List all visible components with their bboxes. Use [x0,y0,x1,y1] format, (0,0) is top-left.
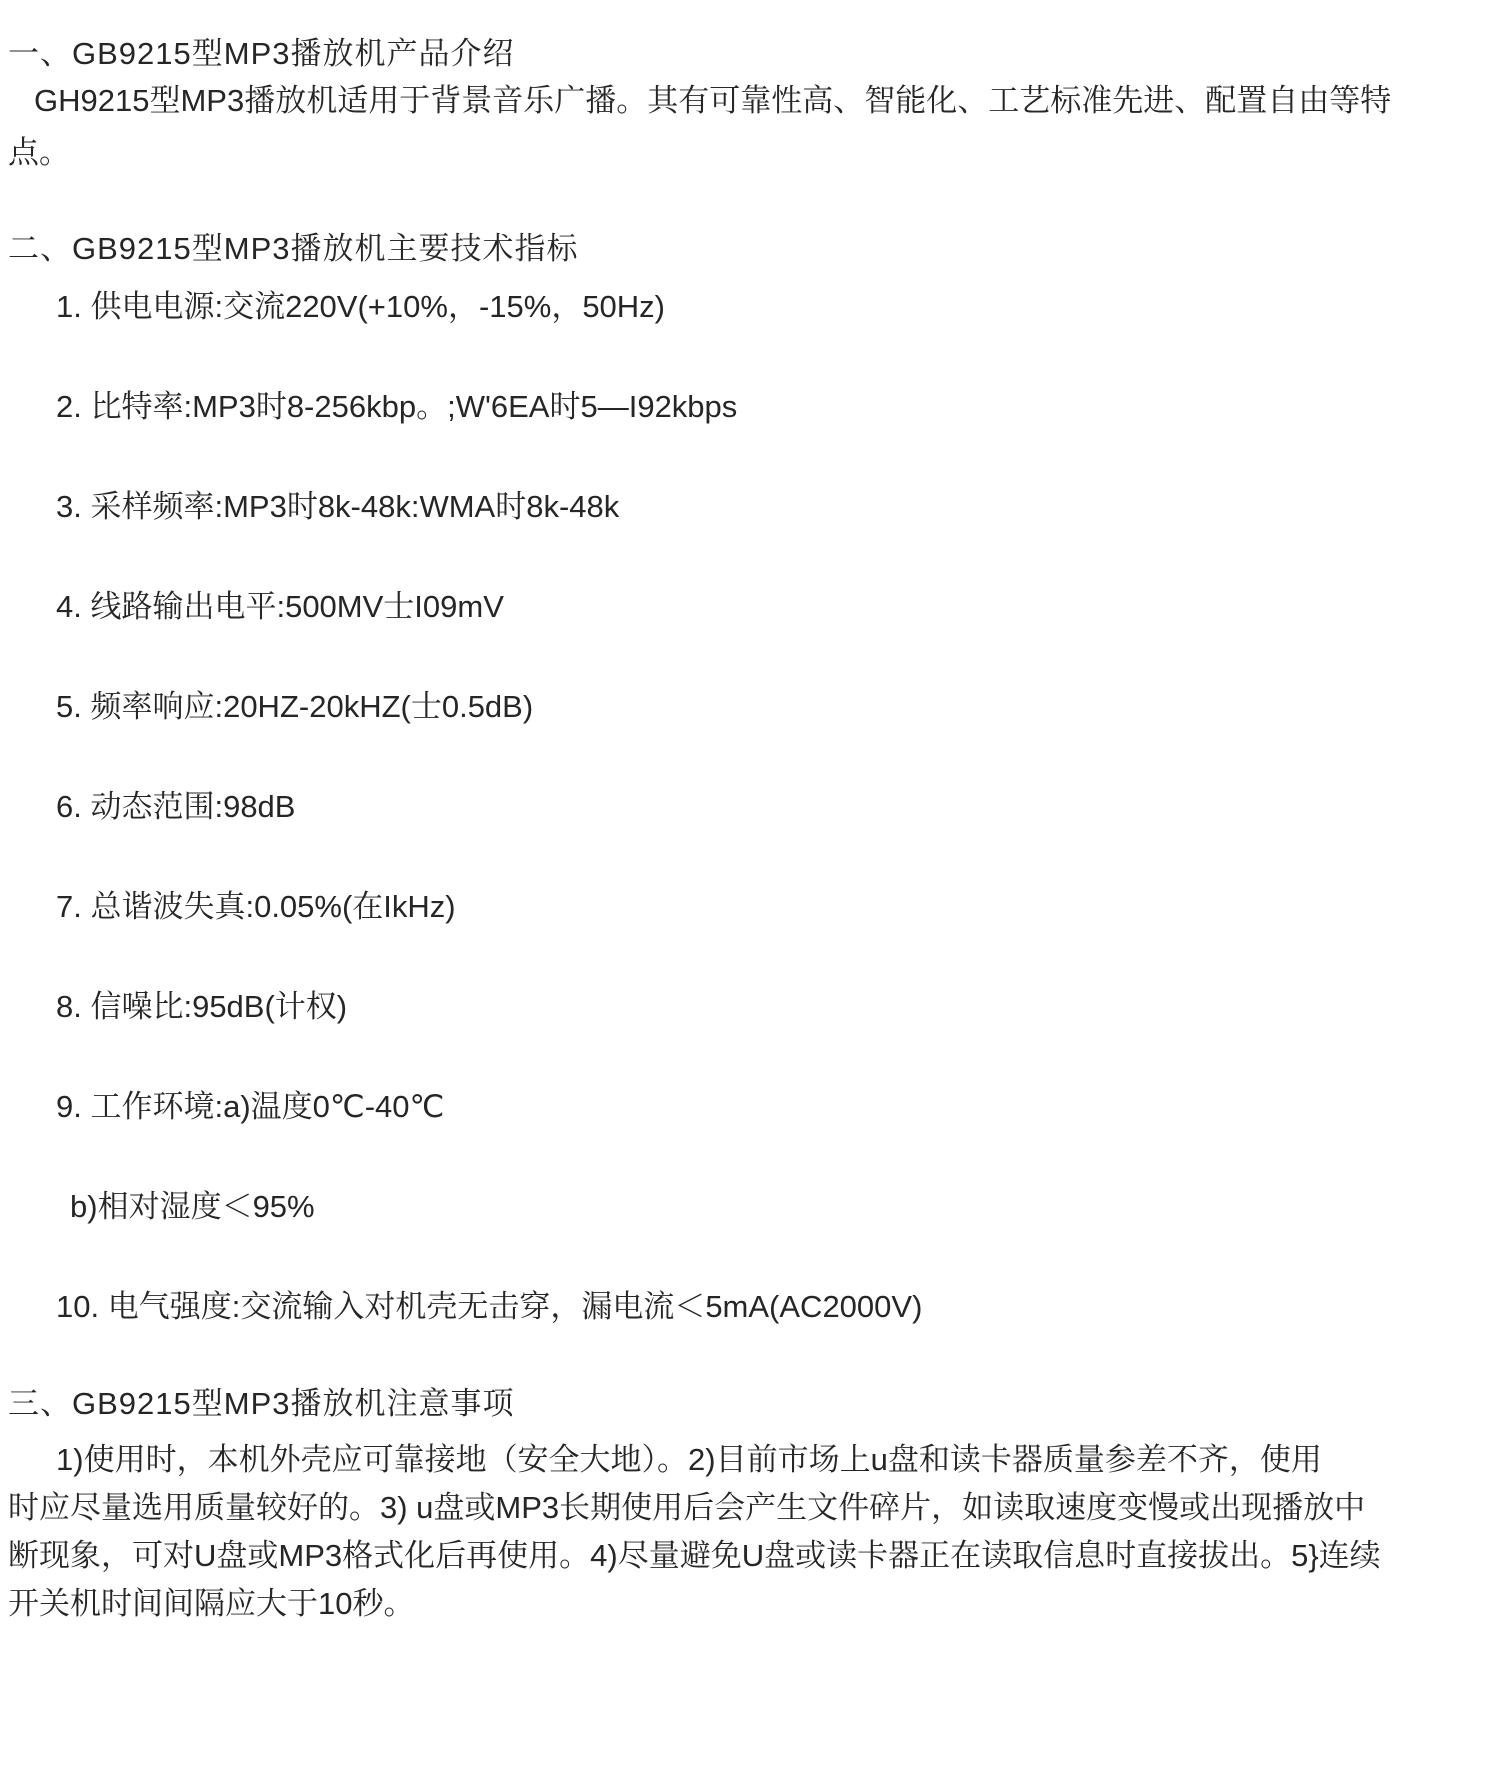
section-3-heading: 三、GB9215型MP3播放机注意事项 [8,1386,1486,1422]
notes-paragraph-line-3: 断现象，可对U盘或MP3格式化后再使用。4)尽量避免U盘或读卡器正在读取信息时直… [8,1538,1486,1574]
manual-page: 一、GB9215型MP3播放机产品介绍 GH9215型MP3播放机适用于背景音乐… [0,0,1500,1775]
spec-item-power-supply: 1. 供电电源:交流220V(+10%，-15%，50Hz) [8,289,1486,325]
spec-item-bit-rate: 2. 比特率:MP3时8-256kbp。;W'6EA时5—I92kbps [8,389,1486,425]
section-2-heading: 二、GB9215型MP3播放机主要技术指标 [8,231,1486,267]
spec-item-dynamic-range: 6. 动态范围:98dB [8,789,1486,825]
spec-item-line-output-level: 4. 线路输出电平:500MV士I09mV [8,589,1486,625]
spec-item-snr: 8. 信噪比:95dB(计权) [8,989,1486,1025]
spec-item-working-environment: 9. 工作环境:a)温度0℃-40℃ [8,1089,1486,1125]
spec-item-sample-rate: 3. 采样频率:MP3时8k-48k:WMA时8k-48k [8,489,1486,525]
spec-item-relative-humidity: b)相对湿度＜95% [8,1189,1486,1225]
intro-paragraph-line-1: GH9215型MP3播放机适用于背景音乐广播。其有可靠性高、智能化、工艺标准先进… [8,83,1486,119]
spec-item-electric-strength: 10. 电气强度:交流输入对机壳无击穿，漏电流＜5mA(AC2000V) [8,1289,1486,1325]
intro-paragraph-line-2: 点。 [8,135,1486,171]
notes-paragraph-line-1: 1)使用时，本机外壳应可靠接地（安全大地）。2)目前市场上u盘和读卡器质量参差不… [8,1442,1486,1478]
section-1-heading: 一、GB9215型MP3播放机产品介绍 [8,36,1486,72]
notes-paragraph-line-2: 时应尽量选用质量较好的。3) u盘或MP3长期使用后会产生文件碎片，如读取速度变… [8,1490,1486,1526]
spec-item-thd: 7. 总谐波失真:0.05%(在IkHz) [8,889,1486,925]
spec-item-frequency-response: 5. 频率响应:20HZ-20kHZ(士0.5dB) [8,689,1486,725]
notes-paragraph-line-4: 开关机时间间隔应大于10秒。 [8,1586,1486,1622]
